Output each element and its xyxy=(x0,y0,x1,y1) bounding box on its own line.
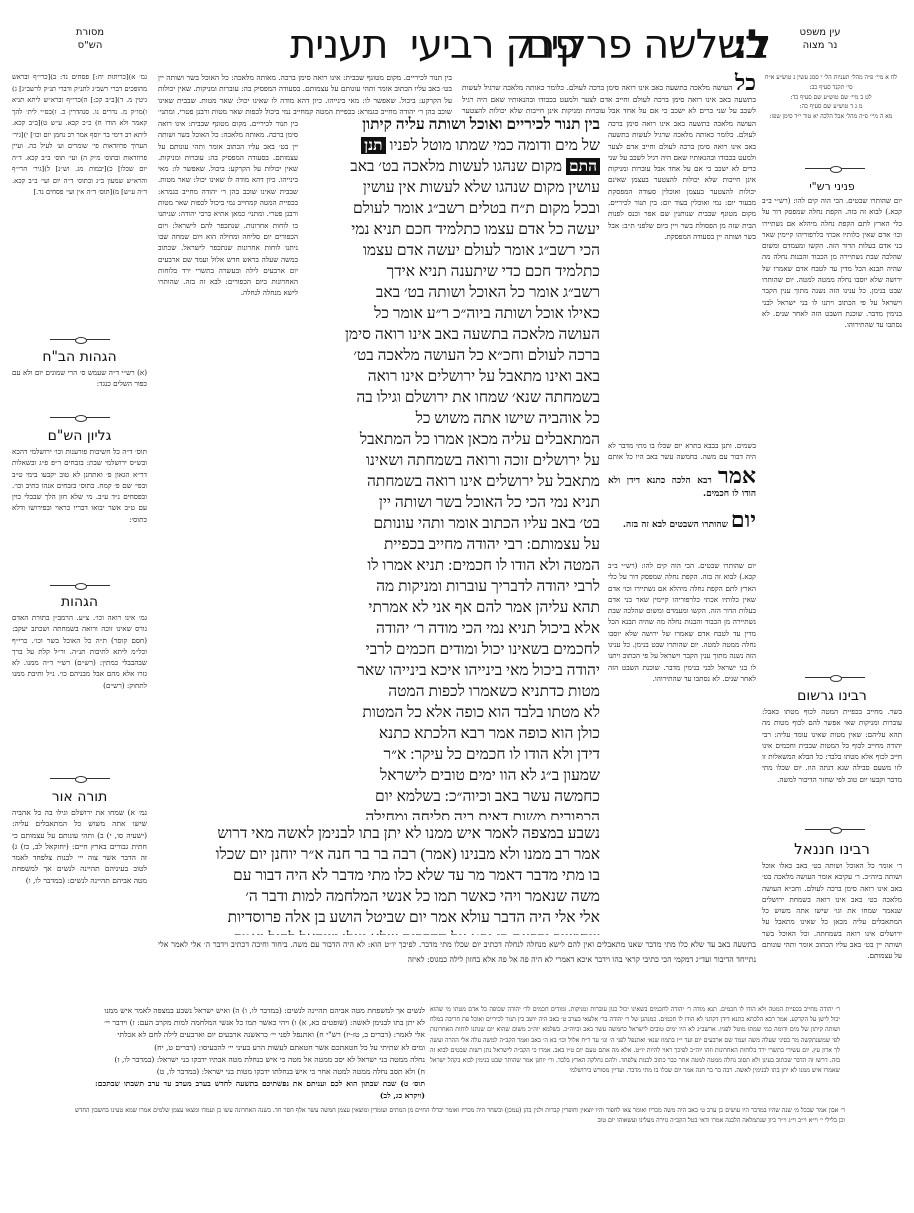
gemara-main-text: בין תנור לכיריים ואוכל ושותה עליה קיתון … xyxy=(305,114,600,820)
gemara-line: רשב״ג אומר כל האוכל ושותה בט׳ באב xyxy=(305,282,600,303)
masoret-hashas-text: גמ׳ א)[כריתות יח:] פסחים נד: ב)[כרי״ף וב… xyxy=(12,72,147,322)
ein-mishpat-entry: מ ג ד טוש״ע שם סעיף כה: xyxy=(762,102,900,112)
gemara-line: לא מטתו בלבד הוא כופה אלא כל המטות xyxy=(305,702,600,723)
ein-mishpat-entry: מא ה מיי׳ פ״ה מהל׳ אבל הלכה יא טור י״ד ס… xyxy=(762,112,900,122)
tractate-title: תענית xyxy=(290,22,388,68)
bottom-commentary-left: ר׳ אבון אמר שבכל מ׳ שנה שהיו במדבר היו ע… xyxy=(75,1106,845,1128)
label-line: נר מצוה xyxy=(780,39,860,52)
gemara-line: נשבע במצפה לאמר איש ממנו לא יתן בתו לבני… xyxy=(158,823,600,844)
pninei-rashi-section: פניני רש"י יום שהותרו שבטים. הכי הוה קים… xyxy=(762,176,902,635)
gemara-line: אלי אלי היה הדבר עולא אמר יום שביטל הושע… xyxy=(158,907,600,928)
rashi-text: כל העושה מלאכה בתשעה באב אינו רואה סימן … xyxy=(462,72,756,118)
gemara-line: דידן ולא הודו לו חכמים כל עיקר: א״ר xyxy=(305,744,600,765)
rashi-fragment: בשמים. ותנן בבבא בתרא יום שכלו בו מתי מד… xyxy=(608,440,756,465)
gemara-line: עושין מקום שנהגו שלא לעשות אין עושין xyxy=(305,177,600,198)
rashi-top-block: כל העושה מלאכה בתשעה באב אינו רואה סימן … xyxy=(462,72,756,118)
label-line: מסורת xyxy=(60,26,120,39)
gemara-line: על ירושלים זוכה ורואה בשמחתה ושאינו xyxy=(305,450,600,471)
gemara-line: התם מקום שנהגו לעשות מלאכה בט׳ באב xyxy=(305,156,600,177)
gemara-line: אמר רב ממנו ולא מבנינו (אמר) רבה בר בר ח… xyxy=(158,844,600,865)
gilyon-hashas-section: גליון הש"ם תוס׳ ד״ה כל חשיבות פורענות וכ… xyxy=(12,424,147,576)
rabbeinu-chananel-title: רבינו חננאל xyxy=(762,840,902,858)
gemara-text: מקום שנהגו לעשות מלאכה בט׳ באב xyxy=(350,158,562,175)
yom-opening-word: יום xyxy=(731,507,756,533)
hagahot-section: הגהות גמ׳ אינו רואה וכו׳. צ״ע. הרמב״ן בת… xyxy=(12,590,147,762)
yom-text: שהותרו השבטים לבא זה בזה. xyxy=(623,520,728,530)
hagahot-text: גמ׳ אינו רואה וכו׳. צ״ע. הרמב״ן בתורת הא… xyxy=(12,612,147,762)
gemara-line: כולן הוא כופה אמר רבא הלכתא כתנא xyxy=(305,723,600,744)
hatam-marker: התם xyxy=(566,158,600,175)
tosafot-top-block: בין תנור לכיריים. מקום מטונף שבבית: אינו… xyxy=(158,72,452,118)
ornament-divider xyxy=(30,412,130,424)
rashi-lower-text: בתשעה באב עד שלא כלו מתי מדבר שאנו מתאבל… xyxy=(158,938,756,1004)
ornament-divider xyxy=(790,824,880,836)
torah-or-title: תורה אור xyxy=(12,789,147,805)
gemara-line: תניא נמי הכי כל האוכל בשר ושותה יין xyxy=(305,492,600,513)
gemara-line: ובכל מקום ת״ח בטלים רשב״ג אומר לעולם xyxy=(305,198,600,219)
ein-mishpat-entry: לט ב מיי׳ שם טוש״ע שם סעיף כד: xyxy=(762,93,900,103)
ornament-divider xyxy=(790,163,880,175)
verse-line: נחלה ממטה בני ישראל לא יסב ממטה אל מטה כ… xyxy=(95,1054,425,1066)
verse-line: ח) ולא תסב נחלה ממטה למטה אחר כי איש בנח… xyxy=(95,1066,425,1078)
gemara-line: המטה ולא הודו לו חכמים: תניא אמרו לו xyxy=(305,555,600,576)
gemara-line: יעשה כל אדם עצמו כתלמיד חכם תניא נמי xyxy=(305,219,600,240)
ein-mishpat-entry: לח א מיי׳ פ״ה מהל׳ תעניות הל׳ י סמג עשין… xyxy=(762,73,900,93)
gemara-line: של מים ודומה כמי שמתו מוטל לפניו תנן xyxy=(305,135,600,156)
verse-line: לנשים אך למשפחת מטה אביהם תהיינה לנשים: … xyxy=(95,1005,425,1017)
gilyon-hashas-title: גליון הש"ם xyxy=(12,428,147,444)
ornament-divider xyxy=(790,672,880,684)
verse-line: י) כי כל הנפש אשר לא תענה בעצם היום הזה … xyxy=(95,1103,425,1105)
gemara-line: העושה מלאכה בתשעה באב אינו רואה סימן xyxy=(305,324,600,345)
rashi-opening-word: כל xyxy=(735,72,756,96)
gemara-line: יהודה ביכול מאי בינייהו איכא בינייהו שאר xyxy=(305,660,600,681)
gemara-line: כאילו אוכל ושותה ביוה״כ ר״ע אומר כל xyxy=(305,303,600,324)
gemara-line: כחמשה עשר באב וכיוה״כ: בשלמא יום xyxy=(305,786,600,807)
gemara-line: תהא עליהן אמר להם אף אני לא אמרתי xyxy=(305,597,600,618)
hagahot-habach-section: הגהות הב"ח (א) רש״י ד״ה שעמש ס׳ הרי שמונ… xyxy=(12,345,147,407)
hagahot-habach-title: הגהות הב"ח xyxy=(12,349,147,365)
tnan-marker: תנן xyxy=(361,137,385,154)
hagahot-title: הגהות xyxy=(12,594,147,610)
gemara-text: של מים ודומה כמי שמתו מוטל לפניו xyxy=(389,137,600,154)
pninei-rashi-title: פניני רש"י xyxy=(762,180,902,193)
gemara-line: מטות כדתניא כשאמרו לכפות המטה xyxy=(305,681,600,702)
label-line: הש"ס xyxy=(60,39,120,52)
gemara-line: על עצמותם: רבי יהודה מחייב בכפיית xyxy=(305,534,600,555)
label-line: עין משפט xyxy=(780,26,860,39)
gemara-line: לרבי יהודה לדבריך עוברות ומניקות מה xyxy=(305,576,600,597)
gemara-line: כל אוהביה שישו אתה משוש כל xyxy=(305,408,600,429)
gemara-line: כתלמיד חכם כדי שיתענה תניא אידך xyxy=(305,261,600,282)
gilyon-hashas-text: תוס׳ ד״ה כל חשיבות פורענות וכו׳ ירושלמי … xyxy=(12,446,147,576)
gemara-line: משה שנאמר ויהי כאשר תמו כל אנשי המלחמה ל… xyxy=(158,886,600,907)
verse-line: לא יתן בתו לבנימן לאשה: (שופטים כא, א) ו… xyxy=(95,1017,425,1029)
rashi-column-text: העושה מלאכה בתשעה באב אינו רואה סימן ברכ… xyxy=(608,118,756,438)
masoret-hashas-label: מסורת הש"ס xyxy=(60,26,120,52)
bottom-commentary-right: ר׳ יהודה מחייב בכפיית המטה ולא הודו לו ח… xyxy=(430,1005,840,1105)
mishna-rulings: בשמים. ותנן בבבא בתרא יום שכלו בו מתי מד… xyxy=(608,440,756,532)
torah-or-section: תורה אור גמ׳ א) שמחו את ירושלם וגילו בה … xyxy=(12,785,147,1017)
gemara-line: אלא ביכול תניא נמי הכי מודה ר׳ יהודה xyxy=(305,618,600,639)
rashi-continued: יום שהותרו שבטים. הכי הוה קים להו: (רש״י… xyxy=(608,560,756,930)
tosafot-column-text: בין תנור לכיריים. מקום מטונף שבבית: אינו… xyxy=(158,118,298,938)
ornament-divider xyxy=(30,773,130,785)
gemara-line: הכפורים משום דאית ביה סליחה ומחילה xyxy=(305,807,600,820)
pninei-rashi-text: יום שהותרו שבטים. הכי הוה קים להו: (רש״י… xyxy=(762,195,902,635)
gemara-line: המתאבלים עליה מכאן אמרו כל המתאבל xyxy=(305,429,600,450)
torah-or-bottom: לנשים אך למשפחת מטה אביהם תהיינה לנשים: … xyxy=(95,1005,425,1105)
gemara-wide-text: נשבע במצפה לאמר איש ממנו לא יתן בתו לבני… xyxy=(158,823,600,935)
hagahot-habach-text: (א) רש״י ד״ה שעמש ס׳ הרי שמונים יום ולא … xyxy=(12,367,147,407)
verse-line: ומים לא שתיתי על כל חטאתכם אשר חטאתם לעש… xyxy=(95,1042,425,1054)
gemara-line: שמעון ב״ג לא הוו ימים טובים לישראל xyxy=(305,765,600,786)
gemara-line: הכי רשב״ג אומר לעולם יעשה אדם עצמו xyxy=(305,240,600,261)
amar-rava-block: אמר רבא הלכה כתנא דידן ולא הודו לו חכמים… xyxy=(608,465,756,501)
gemara-line: ברכה לעולם וחכ״א כל העושה מלאכה בט׳ xyxy=(305,345,600,366)
gemara-line: בו מתי מדבר דאמר מר עד שלא כלו מתי מדבר … xyxy=(158,865,600,886)
chapter-name: בשלשה פרקים xyxy=(525,22,767,68)
gemara-line: לחכמים בשאינו יכול ומודים חכמים לרבי xyxy=(305,639,600,660)
torah-or-text: גמ׳ א) שמחו את ירושלם וגילו בה כל אהביה … xyxy=(12,807,147,1017)
rashi-paragraph: העושה מלאכה בתשעה באב אינו רואה סימן ברכ… xyxy=(462,83,756,118)
ein-mishpat-label: עין משפט נר מצוה xyxy=(780,26,860,52)
rabbeinu-chananel-section: רבינו חננאל ר׳ אומר כל האוכל ושותה בט׳ ב… xyxy=(762,836,902,1020)
folio-number: ל: xyxy=(732,22,770,68)
gemara-line: בין תנור לכיריים ואוכל ושותה עליה קיתון xyxy=(305,114,600,135)
yom-block: יום שהותרו השבטים לבא זה בזה. xyxy=(608,509,756,532)
verse-line: תוס׳ ט) שבת שבתון הוא לכם ועניתם את נפשת… xyxy=(95,1078,425,1102)
gemara-line: מתאבל על ירושלים אינו רואה בשמחתה xyxy=(305,471,600,492)
gemara-line: שהושיב ירבעם בן נבט על הדרכים שלא יעלו י… xyxy=(158,928,600,935)
gemara-line: בט׳ באב עליו הכתוב אומר ותהי עונותם xyxy=(305,513,600,534)
gemara-line: באב ואינו מתאבל על ירושלים אינו רואה xyxy=(305,366,600,387)
rabbeinu-gershom-title: רבינו גרשום xyxy=(762,688,902,704)
rabbeinu-chananel-text: ר׳ אומר כל האוכל ושותה בט׳ באב כאלו אוכל… xyxy=(762,860,902,1020)
amar-opening-word: אמר xyxy=(718,463,756,489)
verse-line: אלי לאמר: (דברים ב, טז-יז) רש"י ח) ואתנפ… xyxy=(95,1029,425,1041)
ein-mishpat-column: לח א מיי׳ פ״ה מהל׳ תעניות הל׳ י סמג עשין… xyxy=(762,73,900,153)
gemara-line: בשמחתה שנא׳ שמחו את ירושלם וגילו בה xyxy=(305,387,600,408)
